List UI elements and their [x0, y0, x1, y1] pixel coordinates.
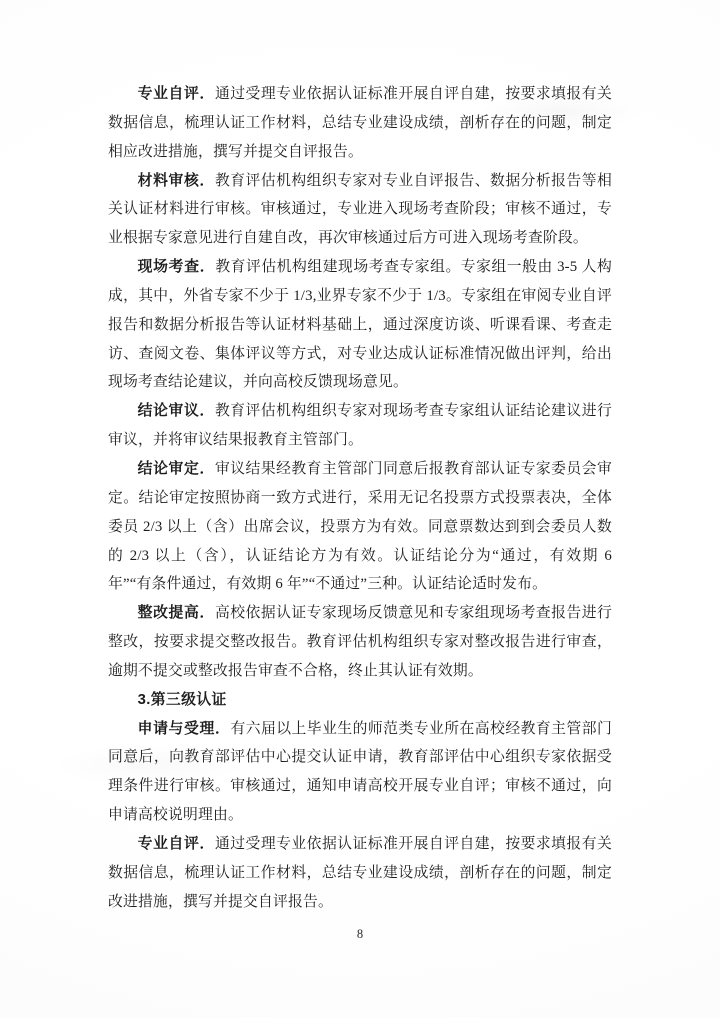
paragraph-lead: 材料审核．	[138, 173, 215, 189]
paragraph-body: 审议结果经教育主管部门同意后报教育部认证专家委员会审定。结论审定按照协商一致方式…	[108, 461, 612, 592]
paragraph: 申请与受理．有六届以上毕业生的师范类专业所在高校经教育主管部门同意后，向教育部评…	[108, 715, 612, 830]
paragraph-body: 教育评估机构组建现场考查专家组。专家组一般由 3-5 人构成，其中，外省专家不少…	[108, 259, 612, 390]
paragraph-lead: 专业自评．	[138, 86, 215, 102]
page-number: 8	[0, 927, 720, 942]
paragraph: 整改提高．高校依据认证专家现场反馈意见和专家组现场考查报告进行整改，按要求提交整…	[108, 599, 612, 686]
paragraph: 专业自评．通过受理专业依据认证标准开展自评自建，按要求填报有关数据信息，梳理认证…	[108, 830, 612, 917]
document-body: 专业自评．通过受理专业依据认证标准开展自评自建，按要求填报有关数据信息，梳理认证…	[108, 80, 612, 916]
section-heading-text: 3.第三级认证	[138, 692, 227, 708]
paragraph: 专业自评．通过受理专业依据认证标准开展自评自建，按要求填报有关数据信息，梳理认证…	[108, 80, 612, 167]
paragraph-lead: 结论审定．	[138, 461, 215, 477]
paragraph-lead: 申请与受理．	[138, 721, 231, 737]
paragraph: 现场考查．教育评估机构组建现场考查专家组。专家组一般由 3-5 人构成，其中，外…	[108, 253, 612, 397]
paragraph: 结论审议．教育评估机构组织专家对现场考查专家组认证结论建议进行审议，并将审议结果…	[108, 397, 612, 455]
document-page: 专业自评．通过受理专业依据认证标准开展自评自建，按要求填报有关数据信息，梳理认证…	[0, 0, 720, 1018]
paragraph: 材料审核．教育评估机构组织专家对专业自评报告、数据分析报告等相关认证材料进行审核…	[108, 167, 612, 254]
paragraph-lead: 现场考查．	[138, 259, 216, 275]
paragraph-lead: 专业自评．	[138, 836, 215, 852]
paragraph-lead: 结论审议．	[138, 403, 215, 419]
paragraph-lead: 整改提高．	[138, 605, 215, 621]
paragraph: 结论审定．审议结果经教育主管部门同意后报教育部认证专家委员会审定。结论审定按照协…	[108, 455, 612, 599]
section-heading: 3.第三级认证	[108, 686, 612, 715]
